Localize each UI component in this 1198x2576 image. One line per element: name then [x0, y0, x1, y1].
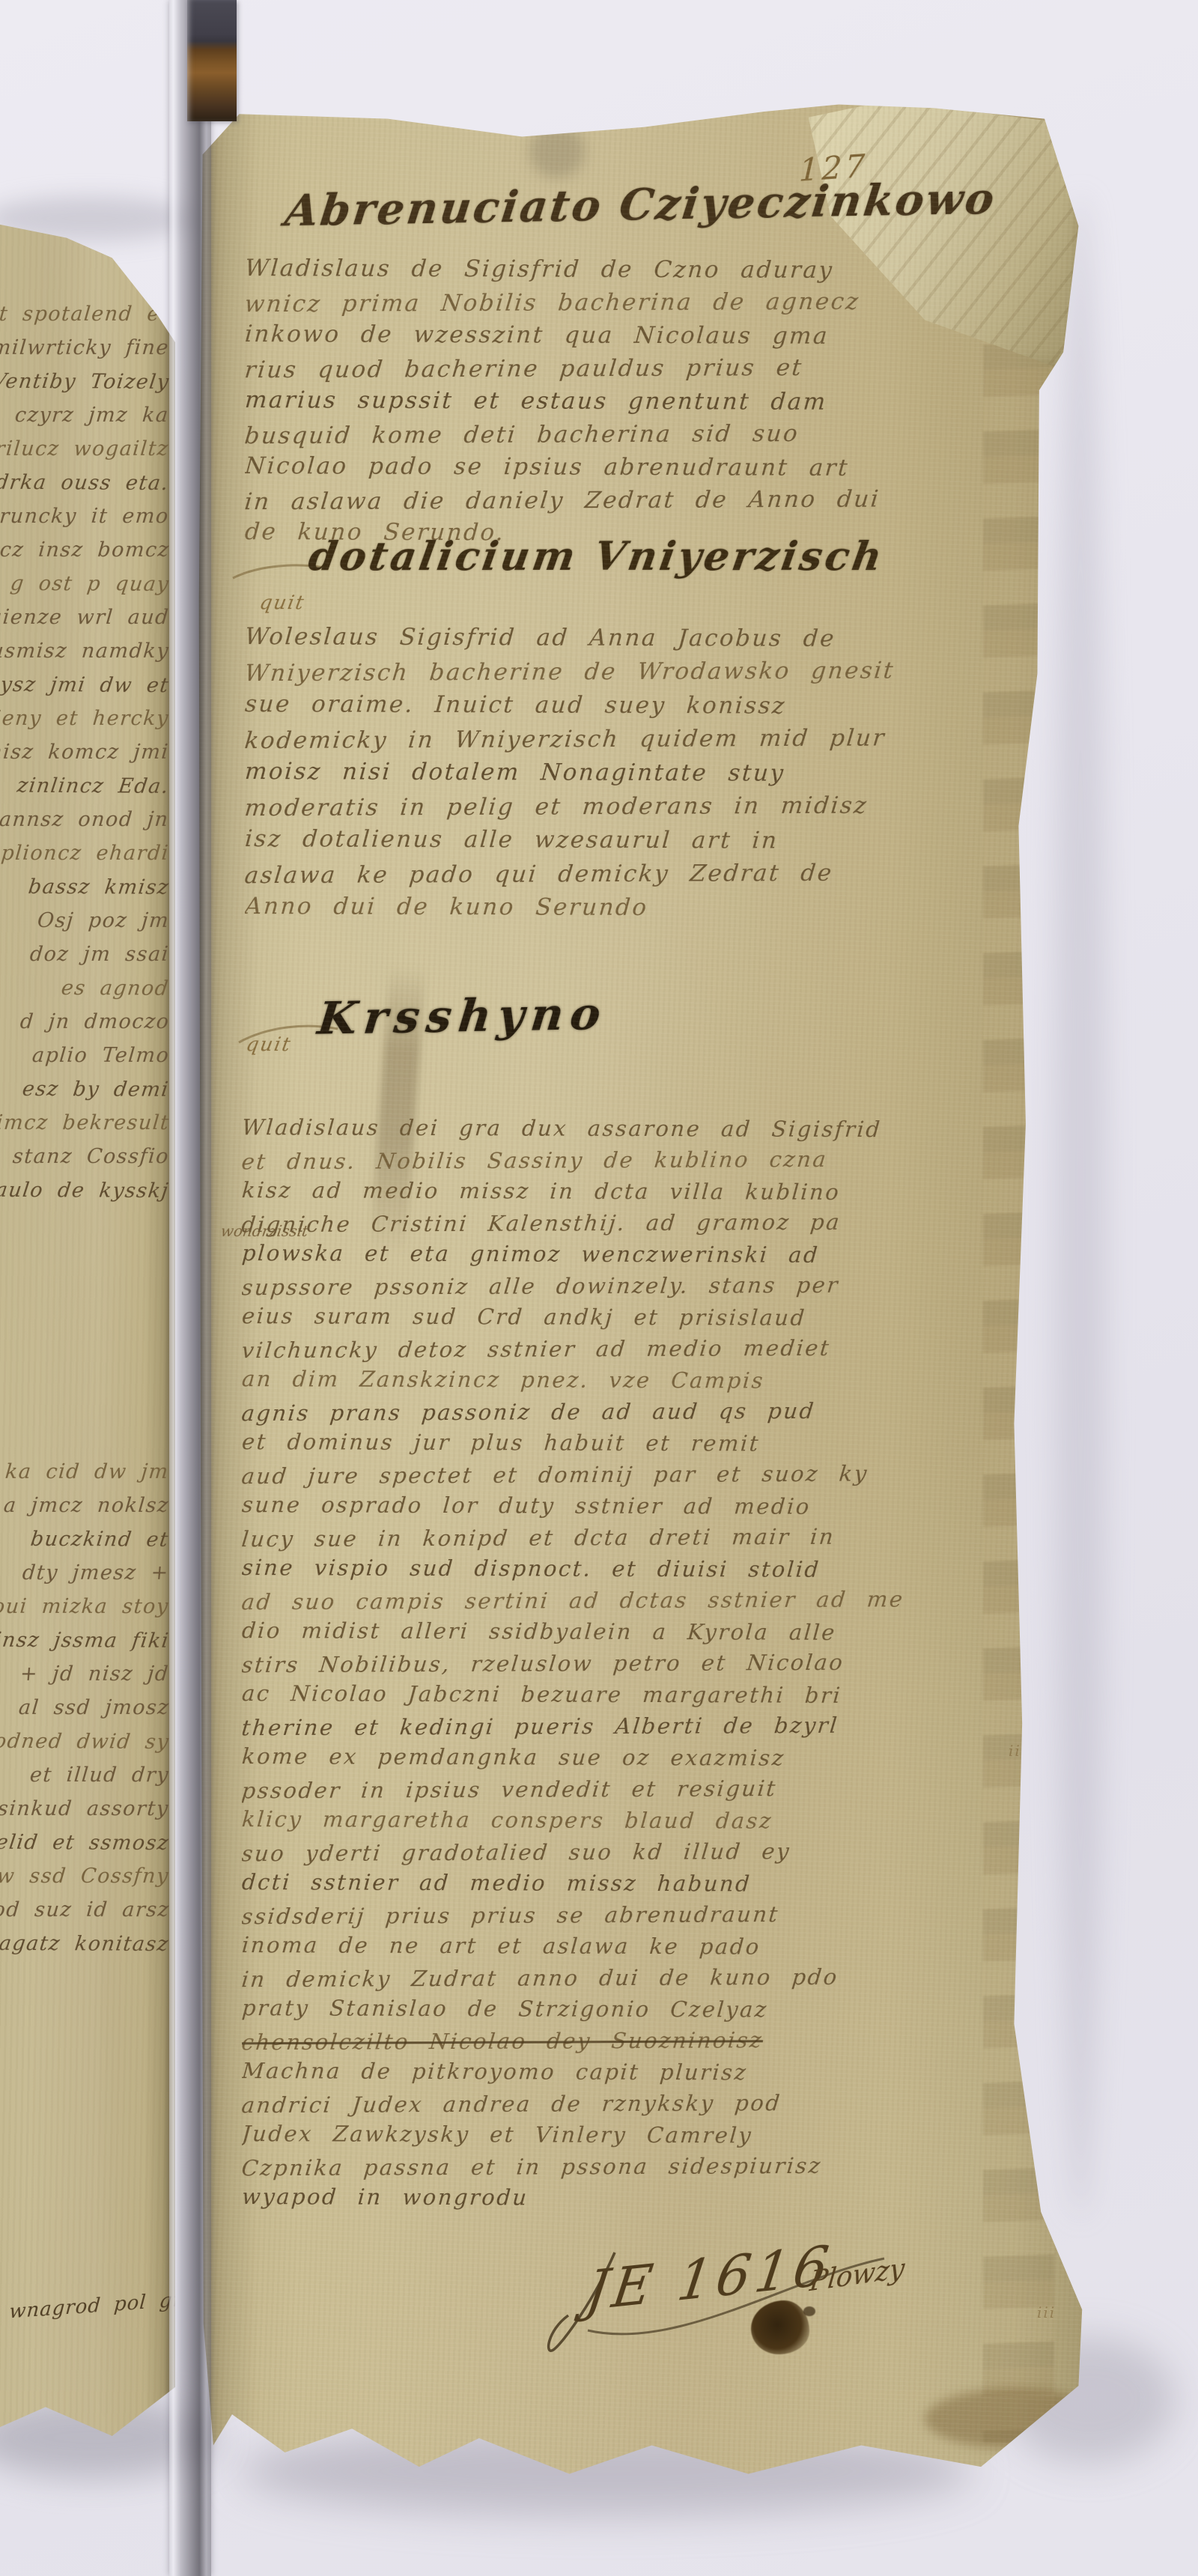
manuscript-line-fragment: blagatz konitasz: [0, 1926, 169, 1960]
manuscript-line: moderatis in pelig et moderans in midisz: [245, 789, 1046, 826]
manuscript-line: aud jure spectet et dominij par et suoz …: [242, 1457, 1050, 1492]
manuscript-line-fragment: dnod suz id arsz: [0, 1893, 169, 1927]
manuscript-line-fragment: stanz Cossfio: [11, 1140, 169, 1173]
manuscript-line-fragment: annsz onod jn: [0, 803, 169, 836]
manuscript-line-fragment: es agnod: [59, 971, 169, 1006]
manuscript-line-fragment: esz by demi: [20, 1072, 169, 1106]
manuscript-line: Czpnika passna et in pssona sidespiurisz: [242, 2149, 1050, 2184]
manuscript-line: ssidsderij prius prius se abrenudraunt: [242, 1898, 1050, 1933]
verso-text-lower: ka cid dw jma jmcz noklszbuczkind etdty …: [0, 1455, 169, 1972]
manuscript-line-fragment: r plioncz ehardi: [0, 836, 169, 870]
manuscript-line: Anno dui de kuno Serundo: [245, 890, 1046, 926]
manuscript-line-fragment: susmisz namdky: [0, 634, 169, 668]
manuscript-line-fragment: bassz kmisz: [26, 870, 169, 905]
manuscript-line: inkowo de wzesszint qua Nicolaus gma: [245, 318, 1046, 353]
manuscript-line-fragment: et illud dry: [28, 1758, 169, 1792]
manuscript-line: sine vispio sud dispnoct. et diuisi stol…: [242, 1552, 1050, 1586]
manuscript-line-fragment: czyrz jmz ka: [13, 398, 169, 432]
manuscript-line: lucy sue in konipd et dcta dreti mair in: [242, 1520, 1050, 1555]
manuscript-line: Judex Zawkzysky et Vinlery Camrely: [242, 2118, 1050, 2152]
manuscript-line: praty Stanislao de Strzigonio Czelyaz: [242, 1992, 1050, 2026]
manuscript-line: isz dotalienus alle wzesaurul art in: [245, 822, 1046, 859]
manuscript-line-fragment: Bruncky it emo: [0, 499, 169, 533]
manuscript-line-fragment: odned dwid sy: [0, 1724, 169, 1758]
manuscript-line: marius supssit et estaus gnentunt dam: [245, 383, 1046, 419]
manuscript-line: sune osprado lor duty sstnier ad medio: [242, 1489, 1050, 1523]
manuscript-line: plowska et eta gnimoz wenczwerinski ad: [242, 1237, 1050, 1272]
manuscript-line-fragment: misz komcz jmi: [0, 735, 169, 769]
manuscript-line: klicy margaretha conspers blaud dasz: [242, 1803, 1050, 1838]
verso-text-upper: ssit spotalend eto milwrticky fineVentib…: [0, 297, 169, 1218]
manuscript-line-fragment: g ost p quay: [8, 566, 169, 601]
page-shadow: [1054, 195, 1107, 2217]
clerk-signature: JE 1616 Plowzy: [543, 2226, 895, 2360]
manuscript-line-fragment: drka ouss eta.: [0, 465, 169, 499]
manuscript-line-fragment: insz jssma fiki: [0, 1623, 169, 1657]
manuscript-line-fragment: sinkud assorty: [0, 1792, 169, 1826]
manuscript-line: stirs Nobilibus, rzeluslow petro et Nico…: [242, 1646, 1050, 1681]
entry-heading-abrenunciacio: Abrenuciato Cziyeczinkowo: [282, 174, 999, 237]
manuscript-line: Woleslaus Sigisfrid ad Anna Jacobus de: [245, 622, 1046, 657]
manuscript-line: ad suo campis sertini ad dctas sstnier a…: [242, 1583, 1050, 1618]
ink-blot: [751, 2300, 809, 2354]
manuscript-scan-photo: ssit spotalend eto milwrticky fineVentib…: [0, 0, 1198, 2576]
manuscript-line-fragment: maienze wrl aud: [0, 601, 169, 634]
ink-smudge: [529, 124, 585, 178]
manuscript-line-fragment: ncz insz bomcz: [0, 533, 169, 567]
manuscript-line-fragment: dw ssd Cossfny: [0, 1859, 169, 1893]
entry-heading-dotalicium: dotalicium Vniyerzisch: [305, 533, 888, 580]
manuscript-line: dio midist alleri ssidbyalein a Kyrola a…: [242, 1614, 1050, 1649]
manuscript-line: busquid kome deti bacherina sid suo: [245, 416, 1046, 453]
manuscript-line-fragment: ssit spotalend et: [0, 297, 169, 331]
manuscript-line: moisz nisi dotalem Nonagintate stuy: [245, 755, 1046, 792]
manuscript-line: therine et kedingi pueris Alberti de bzy…: [242, 1709, 1050, 1744]
manuscript-line-fragment: aplio Telmo: [31, 1039, 169, 1072]
manuscript-line: andrici Judex andrea de rznyksky pod: [242, 2086, 1050, 2121]
manuscript-line-fragment: nalieny et hercky: [0, 702, 169, 735]
entry-body-dotalicium: Woleslaus Sigisfrid ad Anna Jacobus deWn…: [245, 622, 1046, 936]
manuscript-line: Wladislaus de Sigisfrid de Czno aduray: [245, 253, 1046, 288]
manuscript-line-fragment: oui mizka stoy: [0, 1590, 169, 1623]
recto-page: 127 Abrenuciato Cziyeczinkowo Wladislaus…: [191, 97, 1086, 2479]
manuscript-line: dcti sstnier ad medio missz habund: [242, 1866, 1050, 1901]
manuscript-line: Nicolao pado se ipsius abrenudraunt art: [245, 449, 1046, 485]
verso-page: ssit spotalend eto milwrticky fineVentib…: [0, 213, 175, 2436]
manuscript-line: eius suram sud Crd andkj et prisislaud: [242, 1300, 1050, 1334]
manuscript-line-fragment: pelid et ssmosz: [0, 1825, 169, 1859]
margin-annotation: quit: [258, 592, 306, 614]
margin-tally-mark: ii: [1009, 1742, 1021, 1760]
margin-annotation: quit: [244, 1033, 293, 1056]
entry-heading-krshyno: Krsshyno: [315, 988, 610, 1045]
glass-bar: [169, 0, 211, 2576]
manuscript-line: Wniyerzisch bacherine de Wrodawsko gnesi…: [245, 654, 1046, 691]
manuscript-line: pssoder in ipsius vendedit et resiguit: [242, 1772, 1050, 1807]
manuscript-line: in aslawa die daniely Zedrat de Anno dui: [245, 482, 1046, 519]
manuscript-line: supssore pssoniz alle dowinzely. stans p…: [242, 1269, 1050, 1304]
manuscript-line: ac Nicolao Jabczni bezuare margarethi br…: [242, 1677, 1050, 1712]
manuscript-line-fragment: ka cid dw jm: [4, 1455, 169, 1489]
manuscript-line: Wladislaus dei gra dux assarone ad Sigis…: [242, 1113, 1050, 1146]
manuscript-line-fragment: e rilucz wogailtz: [0, 432, 169, 466]
entry-body-krshyno: Wladislaus dei gra dux assarone ad Sigis…: [242, 1113, 1050, 2221]
manuscript-line-fragment: paulo de kysskj: [0, 1173, 169, 1207]
manuscript-line: kodemicky in Wniyerzisch quidem mid plur: [245, 721, 1046, 759]
margin-tally-mark: iii: [1037, 2303, 1056, 2321]
manuscript-line-fragment: imcz bekresult: [0, 1106, 169, 1140]
manuscript-line: in demicky Zudrat anno dui de kuno pdo: [242, 1960, 1050, 1996]
manuscript-line-fragment: Osj poz jm: [36, 904, 169, 938]
manuscript-line-fragment: buczkind et: [29, 1522, 169, 1557]
manuscript-line: wnicz prima Nobilis bacherina de agnecz: [245, 285, 1046, 321]
manuscript-line-fragment: dty jmesz +: [21, 1556, 169, 1590]
manuscript-line: agnis prans passoniz de ad aud qs pud: [242, 1394, 1050, 1430]
manuscript-line: digniche Cristini Kalensthij. ad gramoz …: [242, 1206, 1050, 1241]
manuscript-line-fragment: a jmcz noklsz: [2, 1489, 169, 1522]
manuscript-line: et dominus jur plus habuit et remit: [242, 1426, 1050, 1460]
entry-body-abrenunciacio: Wladislaus de Sigisfrid de Czno aduraywn…: [245, 253, 1046, 554]
manuscript-line: chensolczilto Nicolao dey Suozninoisz: [242, 2023, 1050, 2059]
manuscript-line: aslawa ke pado qui demicky Zedrat de: [245, 856, 1046, 893]
manuscript-line-fragment: o milwrticky fine: [0, 331, 169, 365]
manuscript-line: sue oraime. Inuict aud suey konissz: [245, 687, 1046, 724]
manuscript-line: inoma de ne art et aslawa ke pado: [242, 1929, 1050, 1963]
manuscript-line: vilchuncky detoz sstnier ad medio mediet: [242, 1331, 1050, 1367]
manuscript-line: kome ex pemdangnka sue oz exazmisz: [242, 1740, 1050, 1775]
manuscript-line: rius quod bacherine pauldus prius et: [245, 350, 1046, 387]
manuscript-line: Machna de pitkroyomo capit plurisz: [242, 2055, 1050, 2089]
manuscript-line: et dnus. Nobilis Sassiny de kublino czna: [242, 1143, 1050, 1178]
stain: [925, 2389, 1104, 2449]
manuscript-line-fragment: + jd nisz jd: [19, 1657, 169, 1691]
manuscript-line-fragment: d jn dmoczo: [19, 1005, 169, 1039]
manuscript-line-fragment: al ssd jmosz: [17, 1691, 169, 1725]
manuscript-line: wyapod in wongrodu: [242, 2181, 1050, 2215]
wooden-rod: [187, 0, 237, 121]
manuscript-line: kisz ad medio missz in dcta villa kublin…: [242, 1174, 1050, 1209]
manuscript-line-fragment: Ventiby Toizely: [0, 364, 169, 398]
manuscript-line-fragment: doz jm ssai: [28, 938, 169, 971]
manuscript-line-fragment: zinlincz Eda.: [15, 768, 169, 803]
manuscript-line: suo yderti gradotalied suo kd illud ey: [242, 1835, 1050, 1870]
manuscript-line-fragment: O kysz jmi dw et: [0, 667, 169, 702]
manuscript-line: an dim Zanskzincz pnez. vze Campis: [242, 1363, 1050, 1397]
